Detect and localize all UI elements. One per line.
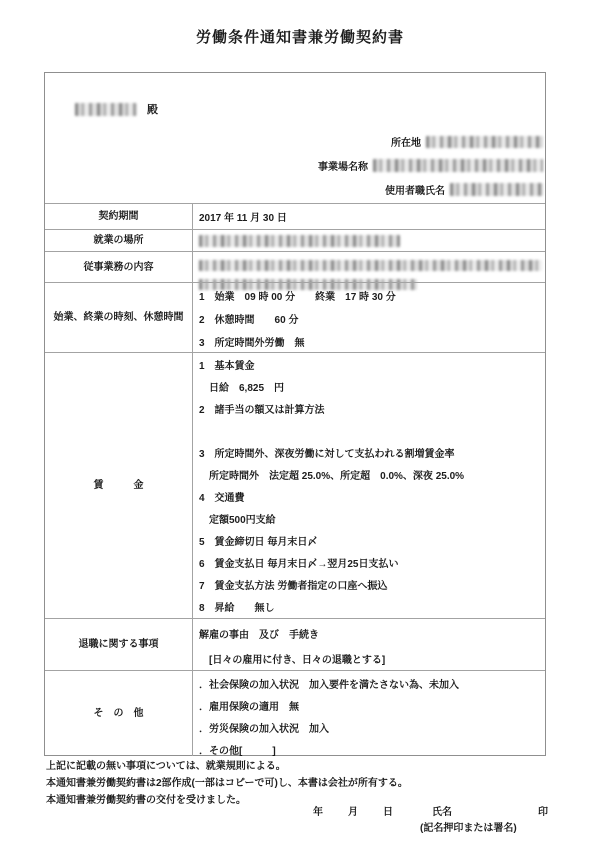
footer-note: 本通知書兼労働契約書は2部作成(一部はコピーで可)し、本書は会社が所有する。 — [46, 775, 408, 792]
redacted-address-value — [426, 136, 543, 148]
redacted-work-location-value — [199, 235, 400, 247]
wages-line: 2 諸手当の額又は計算方法 — [199, 400, 545, 422]
employer-label: 使用者職氏名 — [385, 182, 445, 197]
hours-line: 1 始業 09 時 00 分 終業 17 時 30 分 — [199, 286, 545, 309]
other-line: ．雇用保険の適用 無 — [199, 697, 545, 719]
contract-period-value: 2017 年 11 月 30 日 — [199, 209, 287, 224]
other-label: そ の 他 — [94, 707, 144, 720]
retirement-label: 退職に関する事項 — [79, 638, 159, 651]
table-header-cell: 殿 所在地 事業場名称 使用者職氏名 — [45, 73, 545, 203]
redacted-recipient-name — [75, 103, 137, 116]
employer-line: 使用者職氏名 — [385, 182, 543, 197]
other-line: ．労災保険の加入状況 加入 — [199, 719, 545, 741]
wages-line: 7 賃金支払方法 労働者指定の口座へ振込 — [199, 576, 545, 598]
contract-period-label: 契約期間 — [99, 210, 139, 223]
contract-table: 殿 所在地 事業場名称 使用者職氏名 契約期間 2017 年 11 月 30 日… — [44, 72, 546, 756]
work-duties-label: 従事業務の内容 — [84, 261, 154, 274]
signature-day-label: 日 — [383, 803, 393, 818]
wages-line-blank — [199, 422, 545, 444]
other-line: ．社会保険の加入状況 加入要件を満たさない為、未加入 — [199, 675, 545, 697]
work-location-label: 就業の場所 — [94, 234, 144, 247]
hours-label: 始業、終業の時刻、休憩時間 — [54, 311, 184, 324]
wages-line: 定額500円支給 — [199, 510, 545, 532]
row-other: そ の 他 ．社会保険の加入状況 加入要件を満たさない為、未加入 ．雇用保険の適… — [45, 670, 545, 756]
footer-note: 上記に記載の無い事項については、就業規則による。 — [46, 758, 408, 775]
wages-line: 1 基本賃金 — [199, 356, 545, 378]
row-wages: 賃 金 1 基本賃金 日給 6,825 円 2 諸手当の額又は計算方法 3 所定… — [45, 352, 545, 618]
wages-line: 日給 6,825 円 — [199, 378, 545, 400]
row-work-duties: 従事業務の内容 — [45, 251, 545, 282]
signature-note: (記名押印または署名) — [420, 819, 517, 834]
row-retirement: 退職に関する事項 解雇の事由 及び 手続き [日々の雇用に付き、日々の退職とする… — [45, 618, 545, 670]
address-line: 所在地 — [391, 134, 543, 149]
signature-seal-label: 印 — [538, 803, 548, 818]
wages-line: 所定時間外 法定超 25.0%、所定超 0.0%、深夜 25.0% — [199, 466, 545, 488]
retirement-line: 解雇の事由 及び 手続き — [199, 623, 545, 648]
wages-line: 5 賃金締切日 毎月末日〆 — [199, 532, 545, 554]
wages-line: 8 昇給 無し — [199, 598, 545, 620]
redacted-workplace-value — [373, 159, 543, 172]
signature-line: 年 月 日 氏名 印 — [0, 803, 600, 819]
hours-line: 2 休憩時間 60 分 — [199, 309, 545, 332]
wages-line: 4 交通費 — [199, 488, 545, 510]
wages-line: 3 所定時間外、深夜労働に対して支払われる割増賃金率 — [199, 444, 545, 466]
recipient-line: 殿 — [75, 101, 158, 117]
wages-label: 賃 金 — [94, 479, 144, 492]
row-hours: 始業、終業の時刻、休憩時間 1 始業 09 時 00 分 終業 17 時 30 … — [45, 282, 545, 352]
row-work-location: 就業の場所 — [45, 229, 545, 251]
signature-name-label: 氏名 — [432, 803, 452, 818]
workplace-label: 事業場名称 — [318, 158, 368, 173]
workplace-line: 事業場名称 — [318, 158, 543, 173]
recipient-honorific: 殿 — [147, 101, 158, 117]
page-title: 労働条件通知書兼労働契約書 — [0, 26, 600, 47]
row-contract-period: 契約期間 2017 年 11 月 30 日 — [45, 203, 545, 229]
redacted-work-duties-line1 — [199, 260, 542, 271]
signature-year-label: 年 — [313, 803, 323, 818]
wages-line: 6 賃金支払日 毎月末日〆→翌月25日支払い — [199, 554, 545, 576]
redacted-employer-value — [450, 183, 543, 196]
footer-notes: 上記に記載の無い事項については、就業規則による。 本通知書兼労働契約書は2部作成… — [46, 758, 408, 809]
signature-month-label: 月 — [348, 803, 358, 818]
address-label: 所在地 — [391, 134, 421, 149]
